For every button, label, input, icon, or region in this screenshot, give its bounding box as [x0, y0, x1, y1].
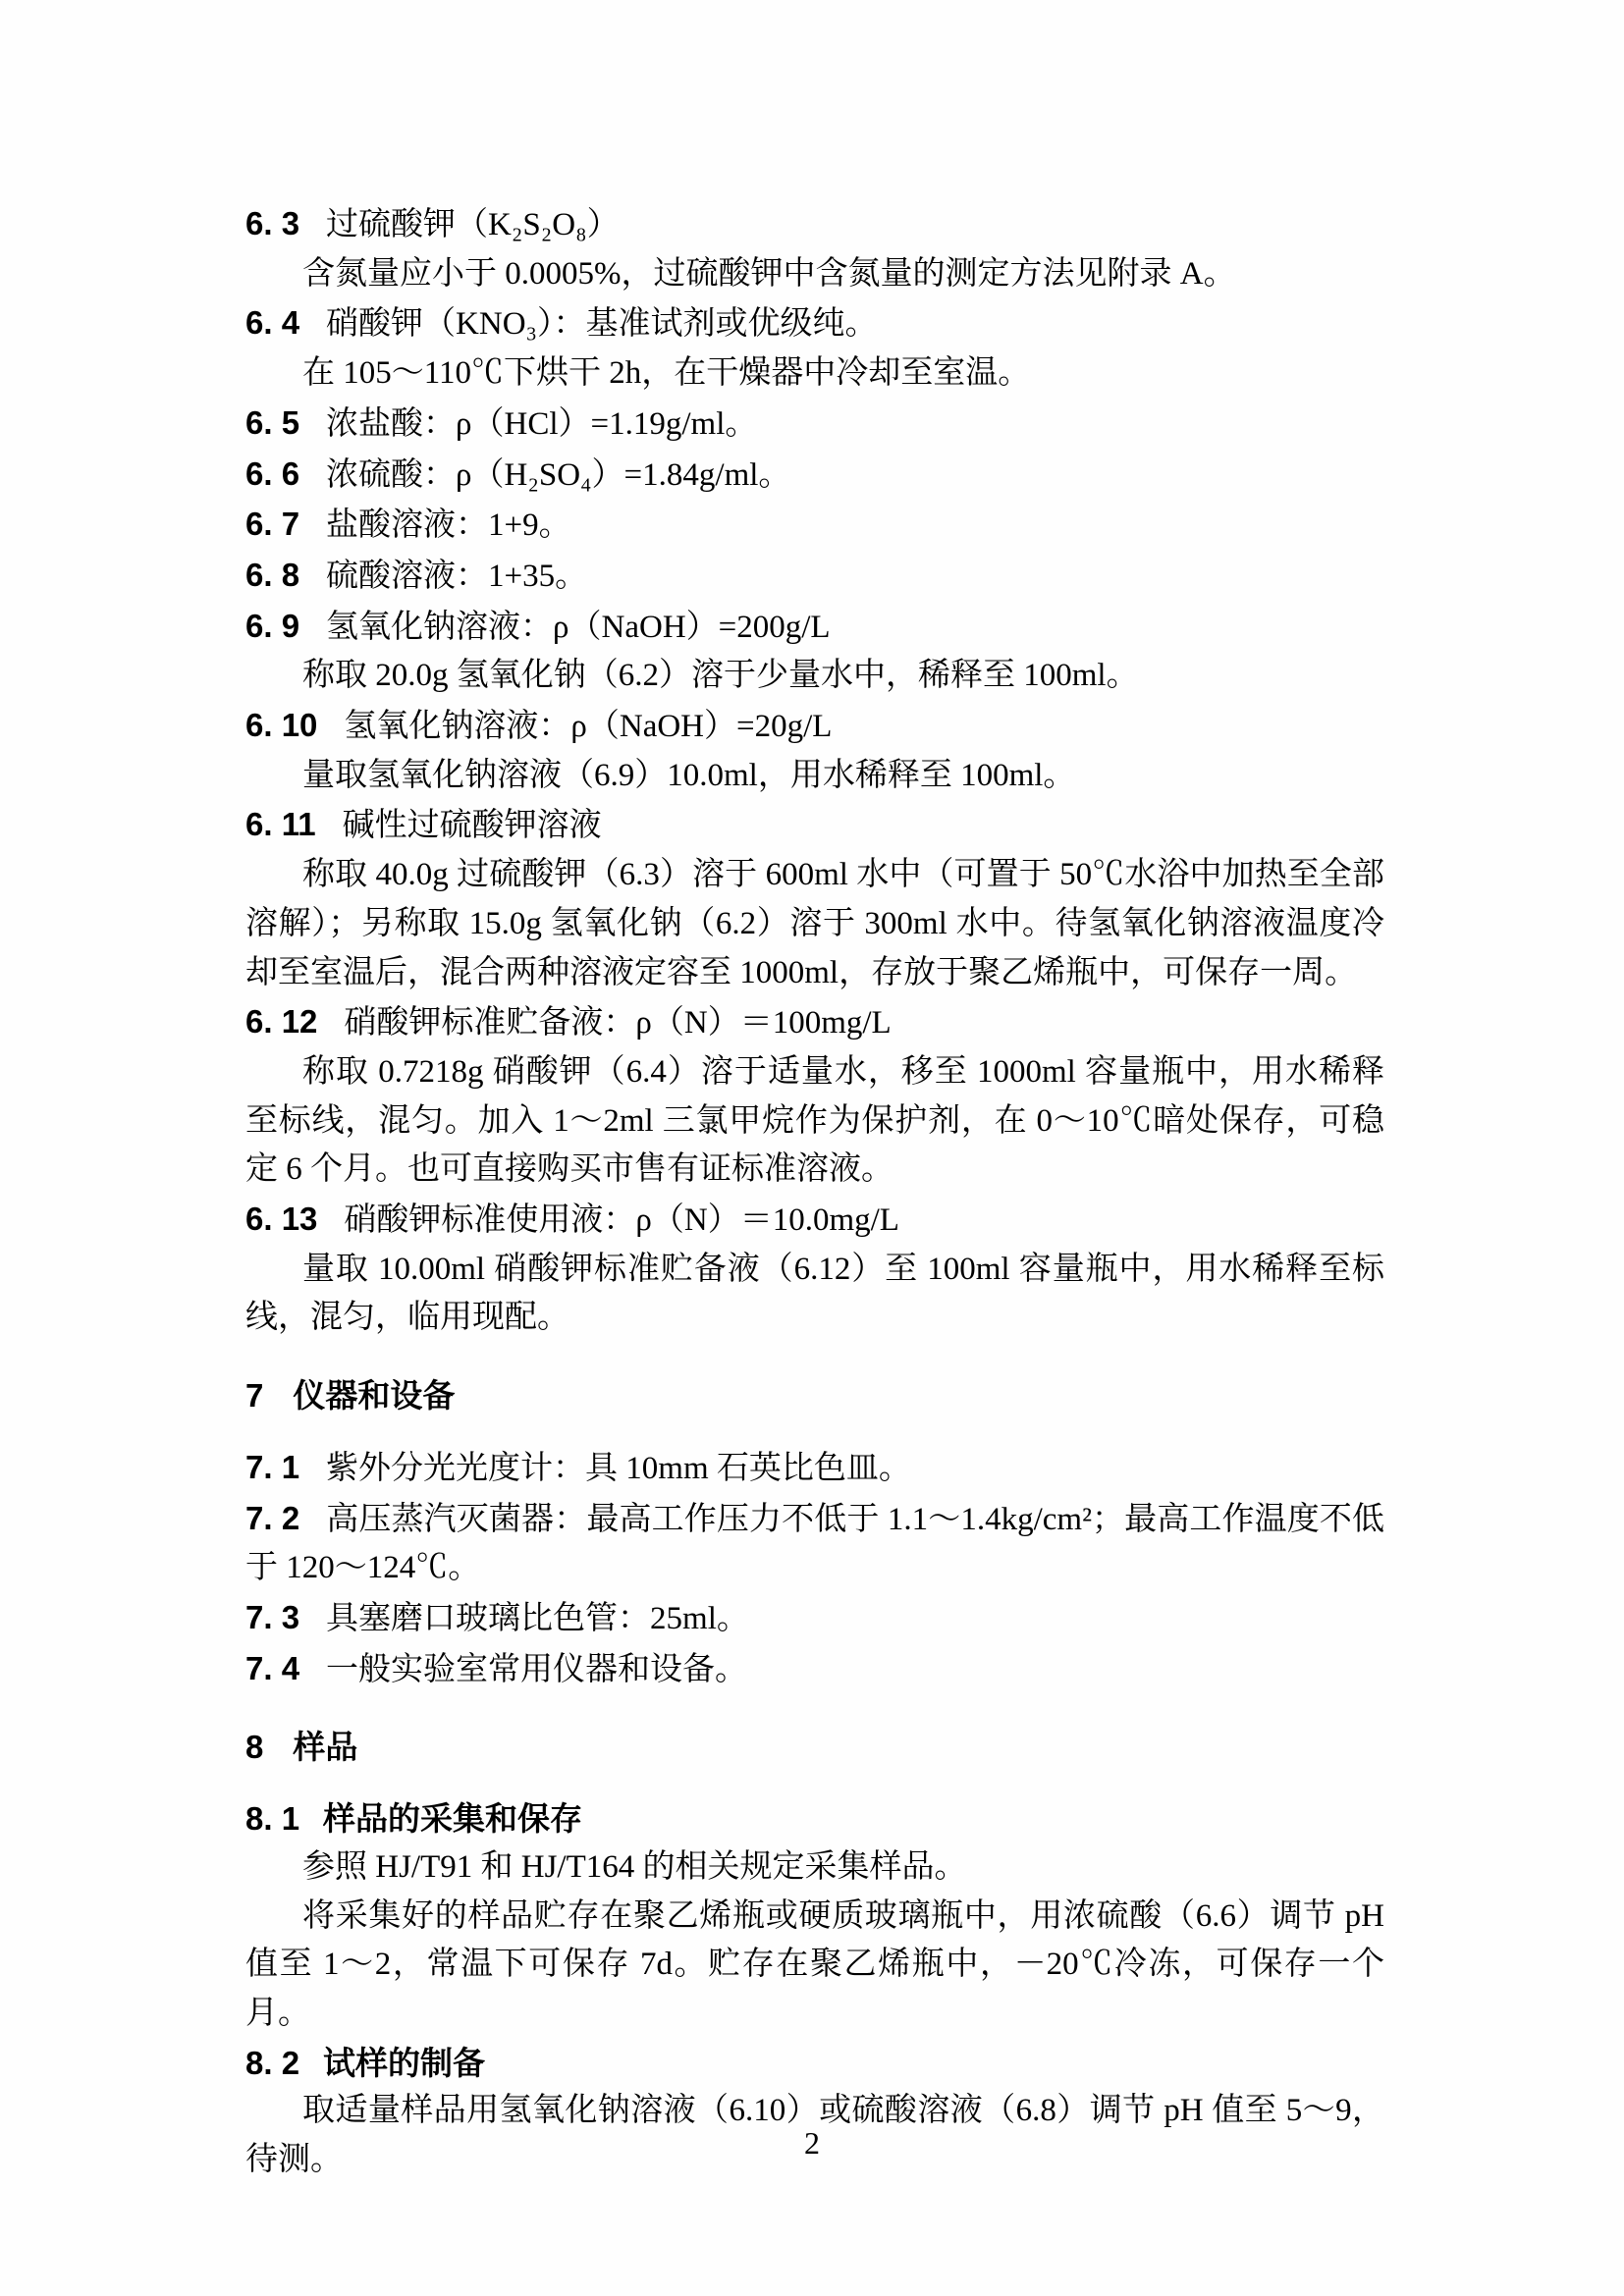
- clause-text: 紫外分光光度计：具 10mm 石英比色皿。: [326, 1451, 911, 1486]
- clause-number: 6. 7: [245, 506, 299, 542]
- paragraph: 量取 10.00ml 硝酸钾标准贮备液（6.12）至 100ml 容量瓶中，用水…: [245, 1246, 1384, 1343]
- paragraph: 参照 HJ/T91 和 HJ/T164 的相关规定采集样品。: [245, 1843, 1384, 1893]
- clause-number: 8. 1: [245, 1800, 299, 1837]
- clause-number: 6. 3: [245, 205, 299, 241]
- clause-text: 高压蒸汽灭菌器：最高工作压力不低于 1.1～1.4kg/cm²；最高工作温度不低…: [245, 1502, 1384, 1586]
- clause-6-5: 6. 5浓盐酸：ρ（HCl）=1.19g/ml。: [245, 399, 1384, 450]
- subsection-heading-8-2: 8. 2试样的制备: [245, 2039, 1384, 2088]
- clause-number: 6. 11: [245, 806, 316, 842]
- clause-number: 7. 3: [245, 1599, 299, 1635]
- clause-6-12: 6. 12硝酸钾标准贮备液：ρ（N）＝100mg/L: [245, 997, 1384, 1048]
- clause-number: 7. 4: [245, 1650, 299, 1686]
- clause-number: 6. 9: [245, 608, 299, 644]
- clause-text: 浓硫酸：ρ（H₂SO₄）=1.84g/ml。: [326, 457, 790, 493]
- paragraph: 将采集好的样品贮存在聚乙烯瓶或硬质玻璃瓶中，用浓硫酸（6.6）调节 pH 值至 …: [245, 1893, 1384, 2039]
- clause-7-4: 7. 4一般实验室常用仪器和设备。: [245, 1644, 1384, 1695]
- clause-number: 6. 8: [245, 557, 299, 593]
- clause-text: 氢氧化钠溶液：ρ（NaOH）=20g/L: [344, 709, 832, 744]
- paragraph: 称取 40.0g 过硫酸钾（6.3）溶于 600ml 水中（可置于 50℃水浴中…: [245, 851, 1384, 997]
- clause-text: 一般实验室常用仪器和设备。: [326, 1652, 747, 1687]
- clause-number: 6. 5: [245, 404, 299, 441]
- clause-6-13: 6. 13硝酸钾标准使用液：ρ（N）＝10.0mg/L: [245, 1195, 1384, 1246]
- clause-6-11: 6. 11碱性过硫酸钾溶液: [245, 800, 1384, 851]
- paragraph: 含氮量应小于 0.0005%，过硫酸钾中含氮量的测定方法见附录 A。: [245, 250, 1384, 299]
- clause-number: 6. 13: [245, 1201, 317, 1237]
- clause-number: 7. 1: [245, 1449, 299, 1485]
- clause-7-1: 7. 1紫外分光光度计：具 10mm 石英比色皿。: [245, 1443, 1384, 1494]
- clause-6-8: 6. 8硫酸溶液：1+35。: [245, 551, 1384, 602]
- clause-6-7: 6. 7盐酸溶液：1+9。: [245, 500, 1384, 551]
- clause-text: 氢氧化钠溶液：ρ（NaOH）=200g/L: [326, 610, 831, 645]
- section-title: 仪器和设备: [293, 1377, 455, 1414]
- clause-text: 碱性过硫酸钾溶液: [343, 808, 602, 843]
- clause-6-9: 6. 9氢氧化钠溶液：ρ（NaOH）=200g/L: [245, 602, 1384, 653]
- clause-6-6: 6. 6浓硫酸：ρ（H₂SO₄）=1.84g/ml。: [245, 450, 1384, 501]
- document-page: 6. 3过硫酸钾（K₂S₂O₈） 含氮量应小于 0.0005%，过硫酸钾中含氮量…: [0, 0, 1624, 2296]
- paragraph: 称取 20.0g 氢氧化钠（6.2）溶于少量水中，稀释至 100ml。: [245, 652, 1384, 701]
- page-number: 2: [0, 2123, 1624, 2163]
- section-number: 7: [245, 1377, 263, 1414]
- section-heading-8: 8样品: [245, 1723, 1384, 1772]
- subsection-title: 试样的制备: [323, 2045, 485, 2081]
- paragraph: 在 105～110℃下烘干 2h，在干燥器中冷却至室温。: [245, 349, 1384, 399]
- clause-7-2: 7. 2高压蒸汽灭菌器：最高工作压力不低于 1.1～1.4kg/cm²；最高工作…: [245, 1494, 1384, 1593]
- clause-6-4: 6. 4硝酸钾（KNO₃）：基准试剂或优级纯。: [245, 298, 1384, 349]
- clause-text: 硫酸溶液：1+35。: [326, 559, 587, 594]
- clause-text: 硝酸钾标准使用液：ρ（N）＝10.0mg/L: [344, 1202, 899, 1238]
- clause-text: 过硫酸钾（K₂S₂O₈）: [326, 207, 620, 242]
- subsection-title: 样品的采集和保存: [323, 1800, 582, 1837]
- clause-text: 具塞磨口玻璃比色管：25ml。: [326, 1601, 749, 1636]
- clause-number: 6. 6: [245, 455, 299, 492]
- document-body: 6. 3过硫酸钾（K₂S₂O₈） 含氮量应小于 0.0005%，过硫酸钾中含氮量…: [245, 199, 1384, 2185]
- subsection-heading-8-1: 8. 1样品的采集和保存: [245, 1794, 1384, 1843]
- section-heading-7: 7仪器和设备: [245, 1371, 1384, 1420]
- clause-number: 6. 10: [245, 707, 317, 743]
- paragraph: 量取氢氧化钠溶液（6.9）10.0ml，用水稀释至 100ml。: [245, 752, 1384, 801]
- section-number: 8: [245, 1729, 263, 1765]
- clause-number: 6. 4: [245, 304, 299, 341]
- clause-text: 盐酸溶液：1+9。: [326, 507, 571, 543]
- clause-7-3: 7. 3具塞磨口玻璃比色管：25ml。: [245, 1593, 1384, 1644]
- clause-6-3: 6. 3过硫酸钾（K₂S₂O₈）: [245, 199, 1384, 250]
- section-title: 样品: [293, 1729, 357, 1765]
- clause-text: 硝酸钾（KNO₃）：基准试剂或优级纯。: [326, 306, 878, 342]
- clause-number: 8. 2: [245, 2045, 299, 2081]
- clause-6-10: 6. 10氢氧化钠溶液：ρ（NaOH）=20g/L: [245, 701, 1384, 752]
- clause-text: 浓盐酸：ρ（HCl）=1.19g/ml。: [326, 406, 757, 442]
- clause-text: 硝酸钾标准贮备液：ρ（N）＝100mg/L: [344, 1005, 891, 1041]
- paragraph: 称取 0.7218g 硝酸钾（6.4）溶于适量水，移至 1000ml 容量瓶中，…: [245, 1048, 1384, 1195]
- clause-number: 7. 2: [245, 1500, 299, 1536]
- clause-number: 6. 12: [245, 1003, 317, 1040]
